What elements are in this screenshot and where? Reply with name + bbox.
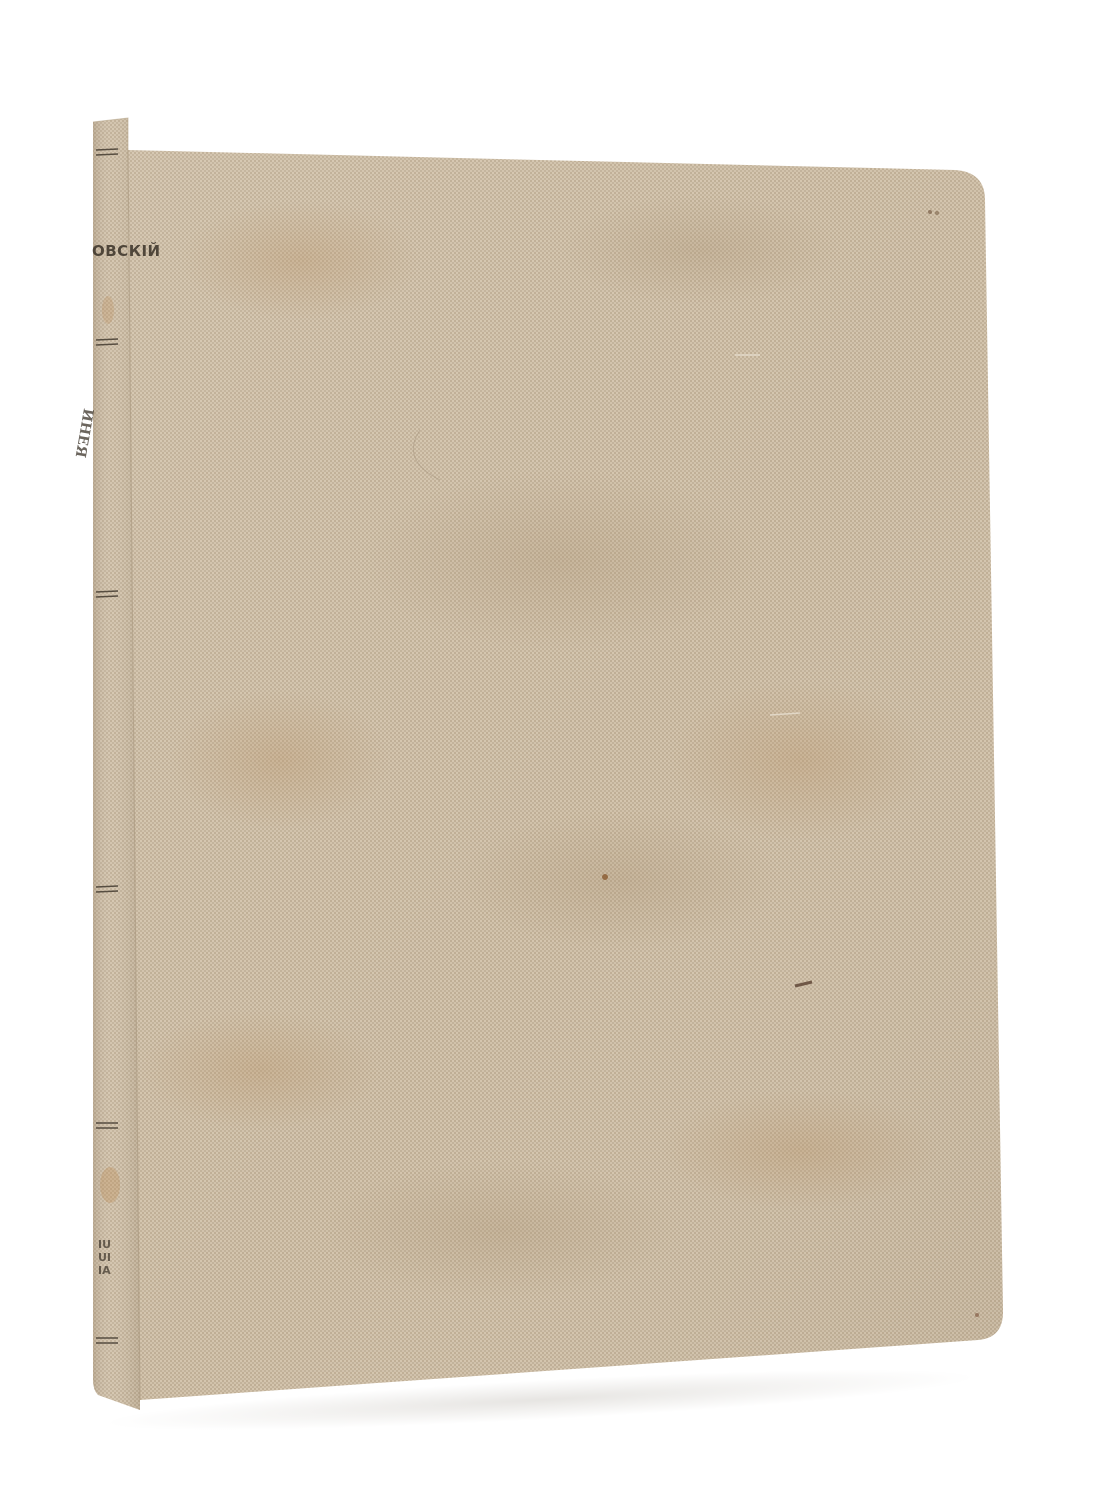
book: [0, 0, 1097, 1500]
photo-scene: ОВСКIЙ ИНЕЯ IUUIIA: [0, 0, 1097, 1500]
spine-author-text: ОВСКIЙ: [92, 242, 161, 260]
spine-imprint-text: IUUIIA: [98, 1238, 112, 1277]
